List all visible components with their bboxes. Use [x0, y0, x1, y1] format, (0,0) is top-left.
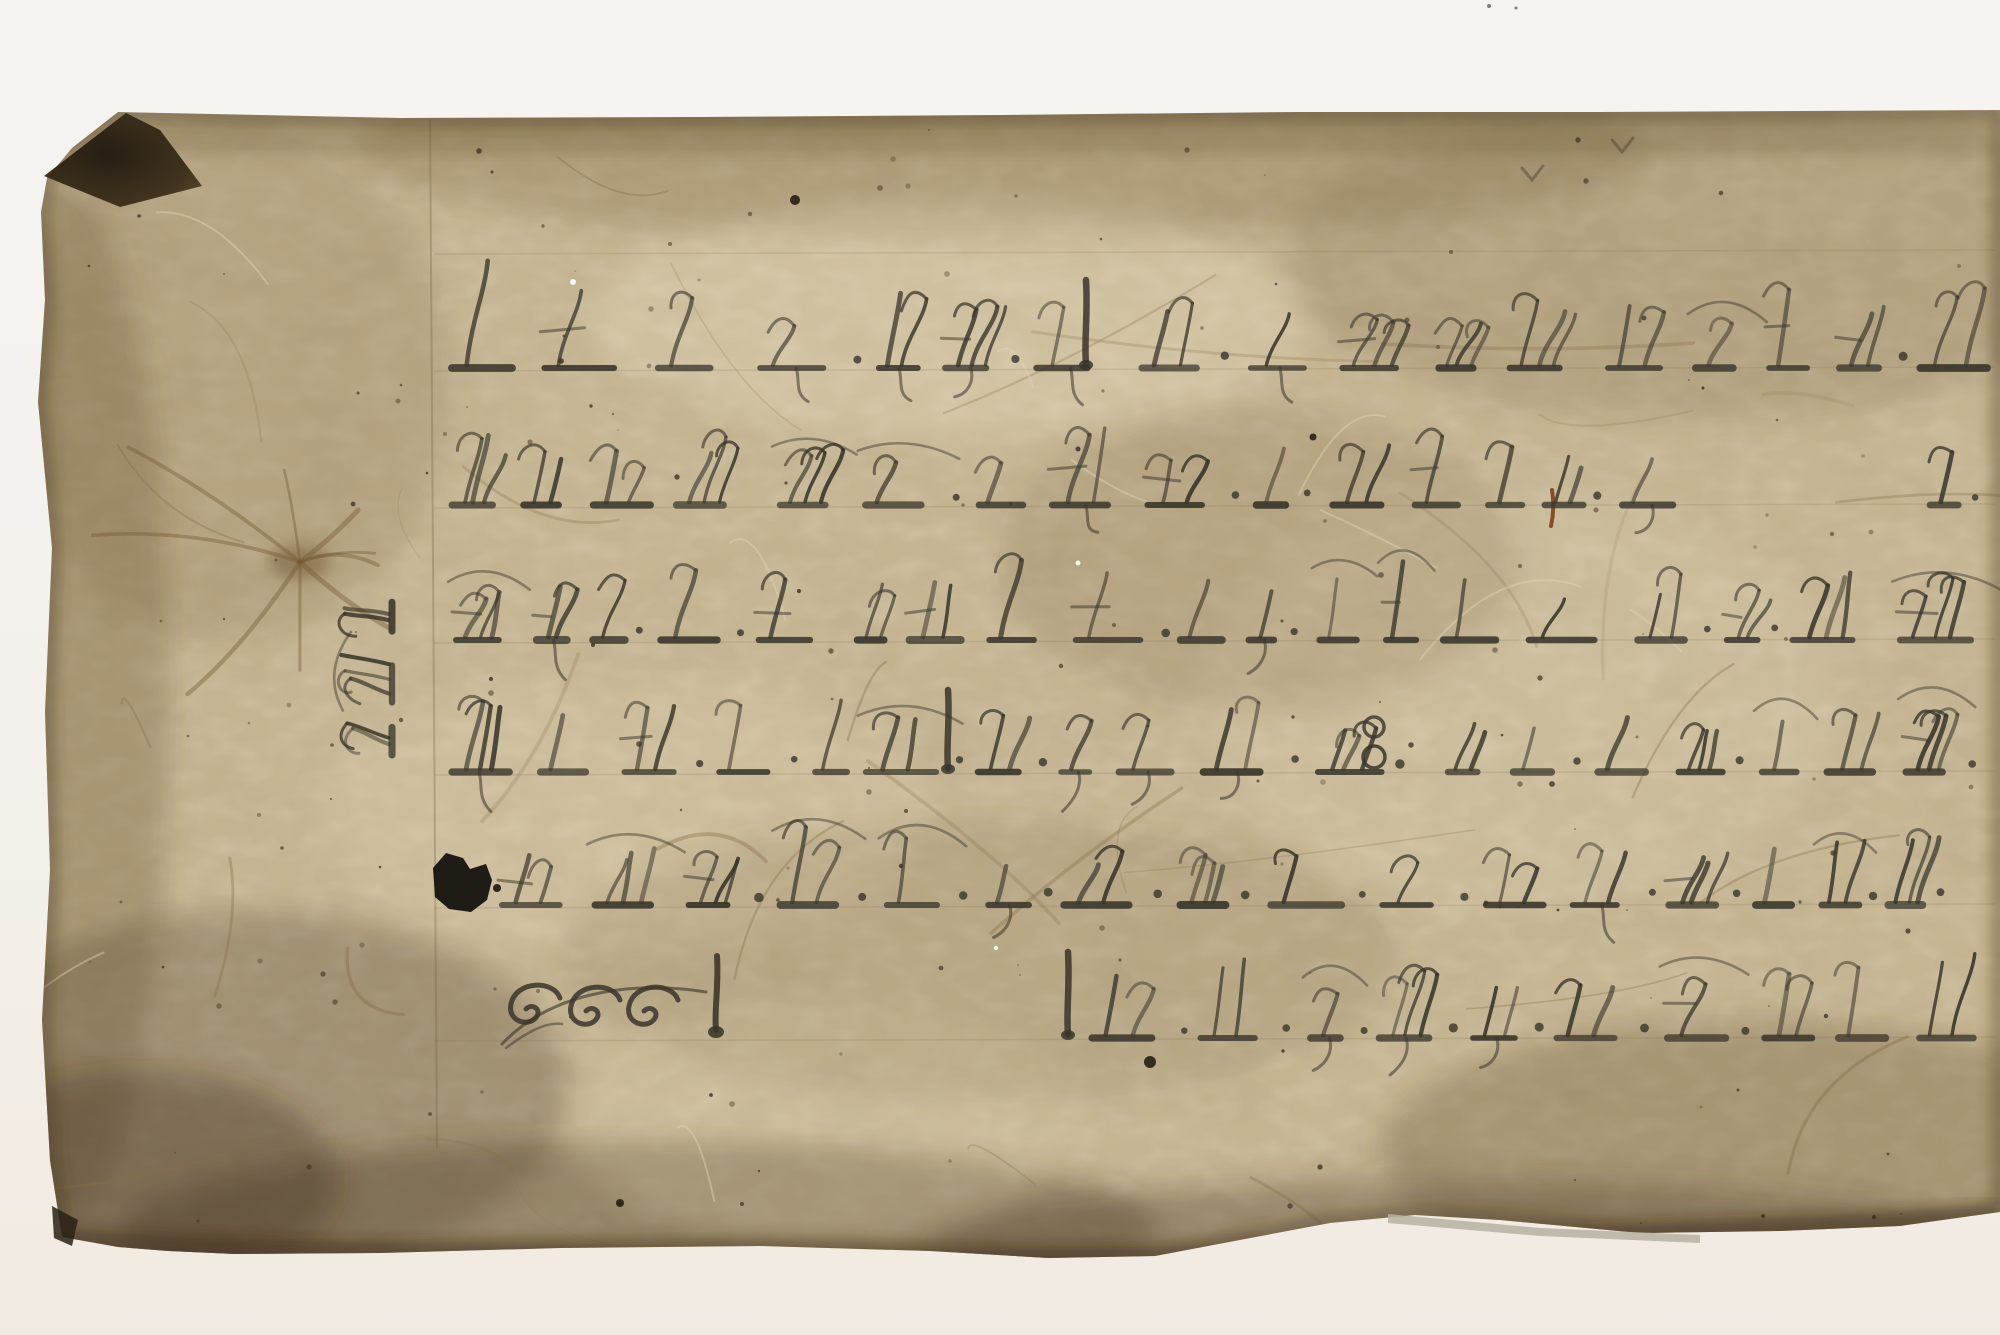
paper-sheet: [0, 0, 2000, 1335]
manuscript-photo: Manuscript fragment: six lines of illegi…: [0, 0, 2000, 1335]
manuscript-canvas: Manuscript fragment: six lines of illegi…: [0, 0, 2000, 1335]
